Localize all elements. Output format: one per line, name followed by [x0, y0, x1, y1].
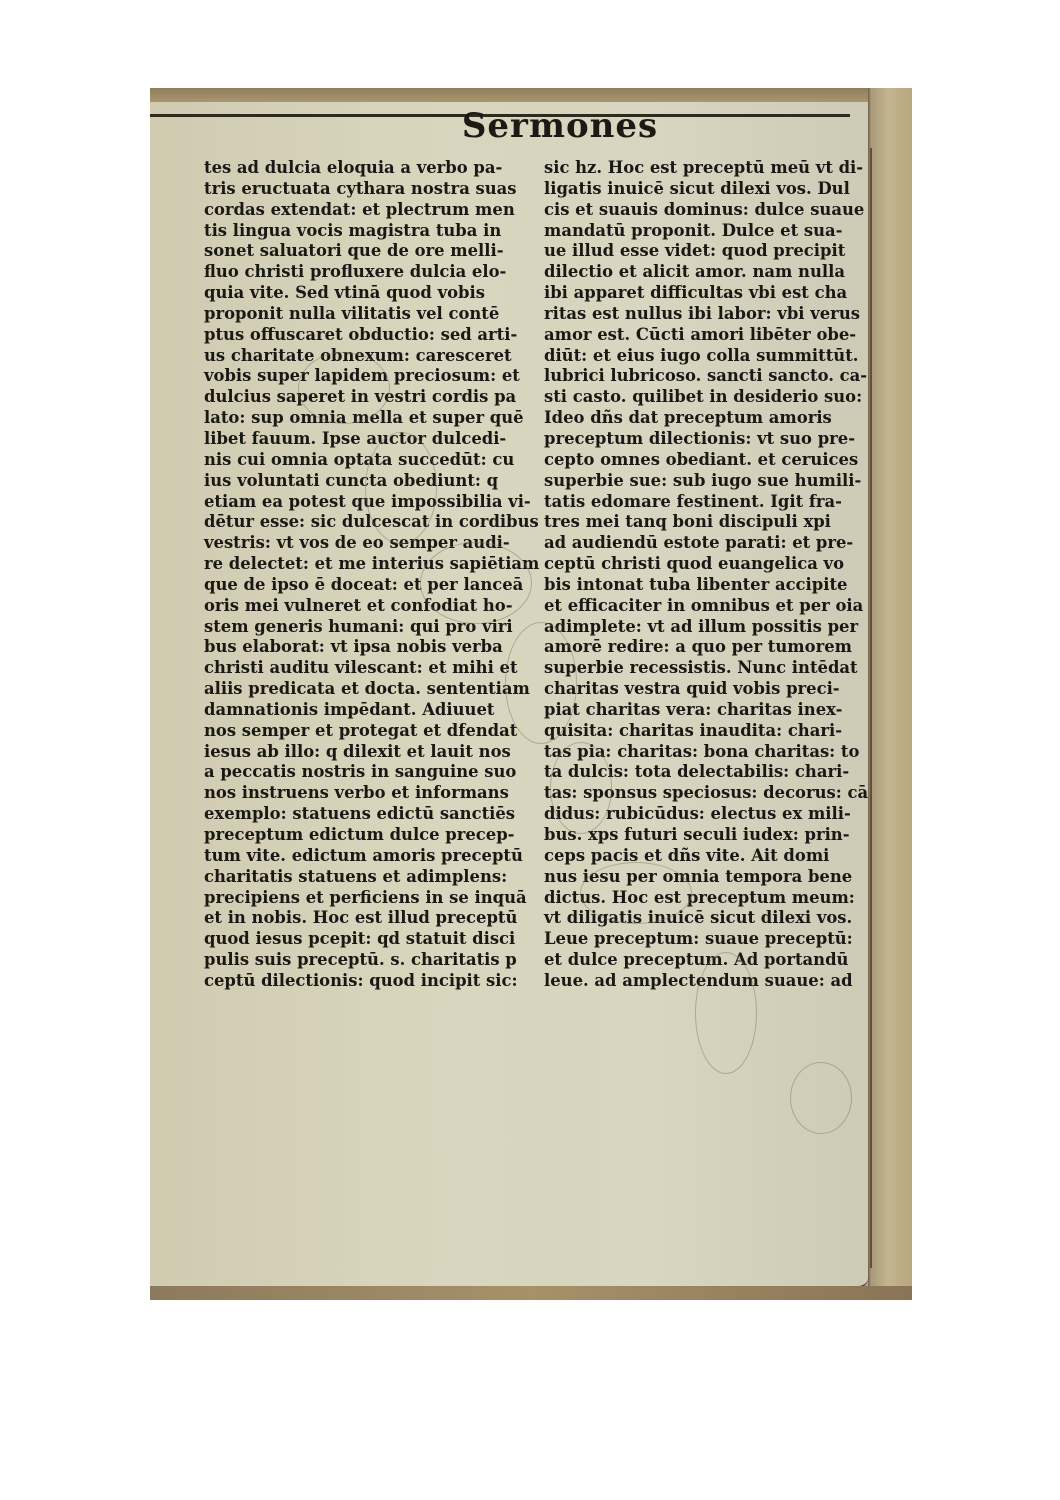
text-line: preceptum dilectionis: vt suo pre- [544, 429, 862, 450]
bottom-page-edge [150, 1286, 912, 1300]
text-line: sti casto. quilibet in desiderio suo: [544, 387, 862, 408]
watermark-stamp [695, 952, 757, 1074]
text-line: adimplete: vt ad illum possitis per [544, 617, 862, 638]
text-line: ritas est nullus ibi labor: vbi verus [544, 304, 862, 325]
text-line: Ideo dñs dat preceptum amoris [544, 408, 862, 429]
binding-edge [868, 88, 912, 1300]
text-line: quisita: charitas inaudita: chari- [544, 721, 862, 742]
watermark-stamp [505, 622, 577, 744]
text-line: tres mei tanq boni discipuli xpi [544, 512, 862, 533]
text-line: charitas vestra quid vobis preci- [544, 679, 862, 700]
text-line: lubrici lubricoso. sancti sancto. ca- [544, 366, 862, 387]
text-line: fluo christi profluxere dulcia elo- [204, 262, 534, 283]
text-line: iesus ab illo: q dilexit et lauit nos [204, 742, 534, 763]
printed-leaf: Sermones tes ad dulcia eloquia a verbo p… [150, 102, 868, 1288]
text-line: tis lingua vocis magistra tuba in [204, 221, 534, 242]
text-line: ligatis inuicē sicut dilexi vos. Dul [544, 179, 862, 200]
text-line: ceptū dilectionis: quod incipit sic: [204, 971, 534, 992]
text-line: ibi apparet difficultas vbi est cha [544, 283, 862, 304]
text-line: sic hz. Hoc est preceptū meū vt di- [544, 158, 862, 179]
text-line: bus elaborat: vt ipsa nobis verba [204, 637, 534, 658]
text-line: libet fauum. Ipse auctor dulcedi- [204, 429, 534, 450]
watermark-stamp [298, 352, 390, 424]
text-line: superbie recessistis. Nunc intēdat [544, 658, 862, 679]
text-line: ceptū christi quod euangelica vo [544, 554, 862, 575]
text-line: quod iesus pcepit: qd statuit disci [204, 929, 534, 950]
text-line: Leue preceptum: suaue preceptū: [544, 929, 862, 950]
page-crease [870, 148, 872, 1268]
text-line: christi auditu vilescant: et mihi et [204, 658, 534, 679]
text-line: et dulce preceptum. Ad portandū [544, 950, 862, 971]
text-line: tatis edomare festinent. Igit fra- [544, 492, 862, 513]
text-line: cordas extendat: et plectrum men [204, 200, 534, 221]
text-line: precipiens et perficiens in se inquā [204, 888, 534, 909]
text-line: cepto omnes obediant. et ceruices [544, 450, 862, 471]
text-line: superbie sue: sub iugo sue humili- [544, 471, 862, 492]
text-line: charitatis statuens et adimplens: [204, 867, 534, 888]
watermark-stamp [580, 862, 692, 924]
text-line: amorē redire: a quo per tumorem [544, 637, 862, 658]
running-head: Sermones [450, 106, 670, 146]
text-line: quia vite. Sed vtinā quod vobis [204, 283, 534, 304]
text-line: cis et suauis dominus: dulce suaue [544, 200, 862, 221]
text-line: nos instruens verbo et informans [204, 783, 534, 804]
text-line: preceptum edictum dulce precep- [204, 825, 534, 846]
text-line: ad audiendū estote parati: et pre- [544, 533, 862, 554]
watermark-stamp [365, 432, 437, 544]
text-line: bis intonat tuba libenter accipite [544, 575, 862, 596]
text-column-right: sic hz. Hoc est preceptū meū vt di-ligat… [544, 158, 862, 992]
text-line: et efficaciter in omnibus et per oia [544, 596, 862, 617]
text-line: et in nobis. Hoc est illud preceptū [204, 908, 534, 929]
text-line: dilectio et alicit amor. nam nulla [544, 262, 862, 283]
text-line: exemplo: statuens edictū sanctiēs [204, 804, 534, 825]
text-line: ue illud esse videt: quod precipit [544, 241, 862, 262]
text-line: amor est. Cūcti amori libēter obe- [544, 325, 862, 346]
text-line: ptus offuscaret obductio: sed arti- [204, 325, 534, 346]
text-line: aliis predicata et docta. sententiam [204, 679, 534, 700]
text-line: tes ad dulcia eloquia a verbo pa- [204, 158, 534, 179]
watermark-stamp [550, 742, 612, 834]
watermark-stamp [790, 1062, 852, 1134]
page-scan: Sermones tes ad dulcia eloquia a verbo p… [150, 88, 912, 1300]
text-line: tum vite. edictum amoris preceptū [204, 846, 534, 867]
text-line: diūt: et eius iugo colla summittūt. [544, 346, 862, 367]
text-line: ceps pacis et dñs vite. Ait domi [544, 846, 862, 867]
text-line: a peccatis nostris in sanguine suo [204, 762, 534, 783]
text-line: tris eructuata cythara nostra suas [204, 179, 534, 200]
top-page-edge [150, 88, 912, 102]
text-line: nos semper et protegat et dfendat [204, 721, 534, 742]
text-line: sonet saluatori que de ore melli- [204, 241, 534, 262]
text-line: mandatū proponit. Dulce et sua- [544, 221, 862, 242]
text-line: pulis suis preceptū. s. charitatis p [204, 950, 534, 971]
watermark-stamp [420, 542, 532, 624]
text-line: piat charitas vera: charitas inex- [544, 700, 862, 721]
text-line: proponit nulla vilitatis vel contē [204, 304, 534, 325]
text-line: damnationis impēdant. Adiuuet [204, 700, 534, 721]
